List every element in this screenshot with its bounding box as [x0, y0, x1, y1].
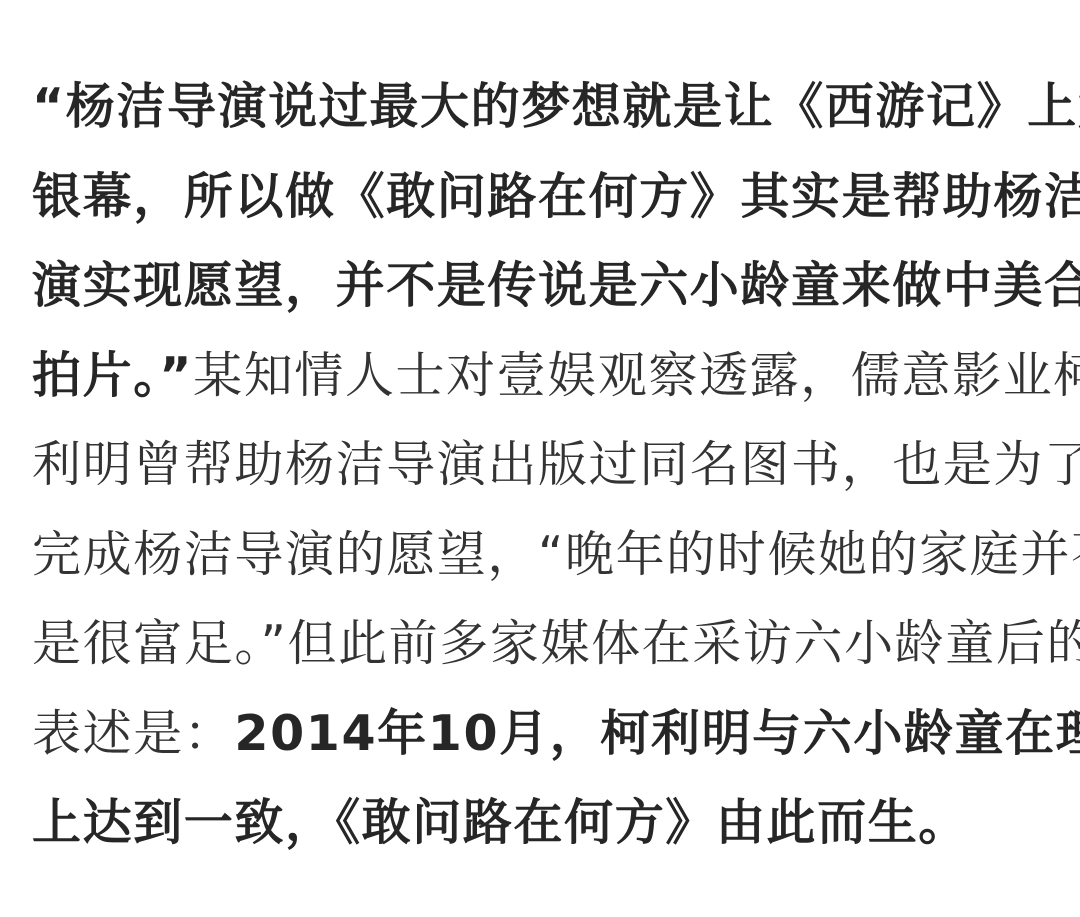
emphasis-bold-text: 上达到一致，《敢问路在何方》由此而生。: [32, 794, 969, 851]
text-line-8: 表述是：2014年10月，柯利明与六小龄童在理念: [32, 689, 1056, 779]
text-line-2: 银幕，所以做《敢问路在何方》其实是帮助杨洁导: [32, 152, 1056, 242]
quote-bold-text: 银幕，所以做《敢问路在何方》其实是帮助杨洁导: [32, 168, 1080, 225]
body-text: 某知情人士对壹娱观察透露，儒意影业柯: [193, 347, 1080, 404]
text-line-9: 上达到一致，《敢问路在何方》由此而生。: [32, 778, 1056, 868]
text-line-3: 演实现愿望，并不是传说是六小龄童来做中美合: [32, 241, 1056, 331]
body-text: 完成杨洁导演的愿望，“晚年的时候她的家庭并不: [32, 526, 1080, 583]
text-line-5: 利明曾帮助杨洁导演出版过同名图书，也是为了: [32, 420, 1056, 510]
text-line-1: “杨洁导演说过最大的梦想就是让《西游记》上大: [32, 62, 1056, 152]
body-text: 表述是：: [32, 705, 234, 762]
text-line-7: 是很富足。”但此前多家媒体在采访六小龄童后的: [32, 599, 1056, 689]
text-line-6: 完成杨洁导演的愿望，“晚年的时候她的家庭并不: [32, 510, 1056, 600]
quote-bold-text: 拍片。”: [32, 347, 193, 404]
emphasis-bold-text: 2014年10月，柯利明与六小龄童在理念: [234, 705, 1080, 762]
article-body: “杨洁导演说过最大的梦想就是让《西游记》上大 银幕，所以做《敢问路在何方》其实是…: [32, 62, 1056, 868]
body-text: 是很富足。”但此前多家媒体在采访六小龄童后的: [32, 615, 1080, 672]
quote-bold-text: “杨洁导演说过最大的梦想就是让《西游记》上大: [32, 78, 1080, 135]
text-line-4: 拍片。”某知情人士对壹娱观察透露，儒意影业柯: [32, 331, 1056, 421]
body-text: 利明曾帮助杨洁导演出版过同名图书，也是为了: [32, 436, 1080, 493]
quote-bold-text: 演实现愿望，并不是传说是六小龄童来做中美合: [32, 257, 1080, 314]
